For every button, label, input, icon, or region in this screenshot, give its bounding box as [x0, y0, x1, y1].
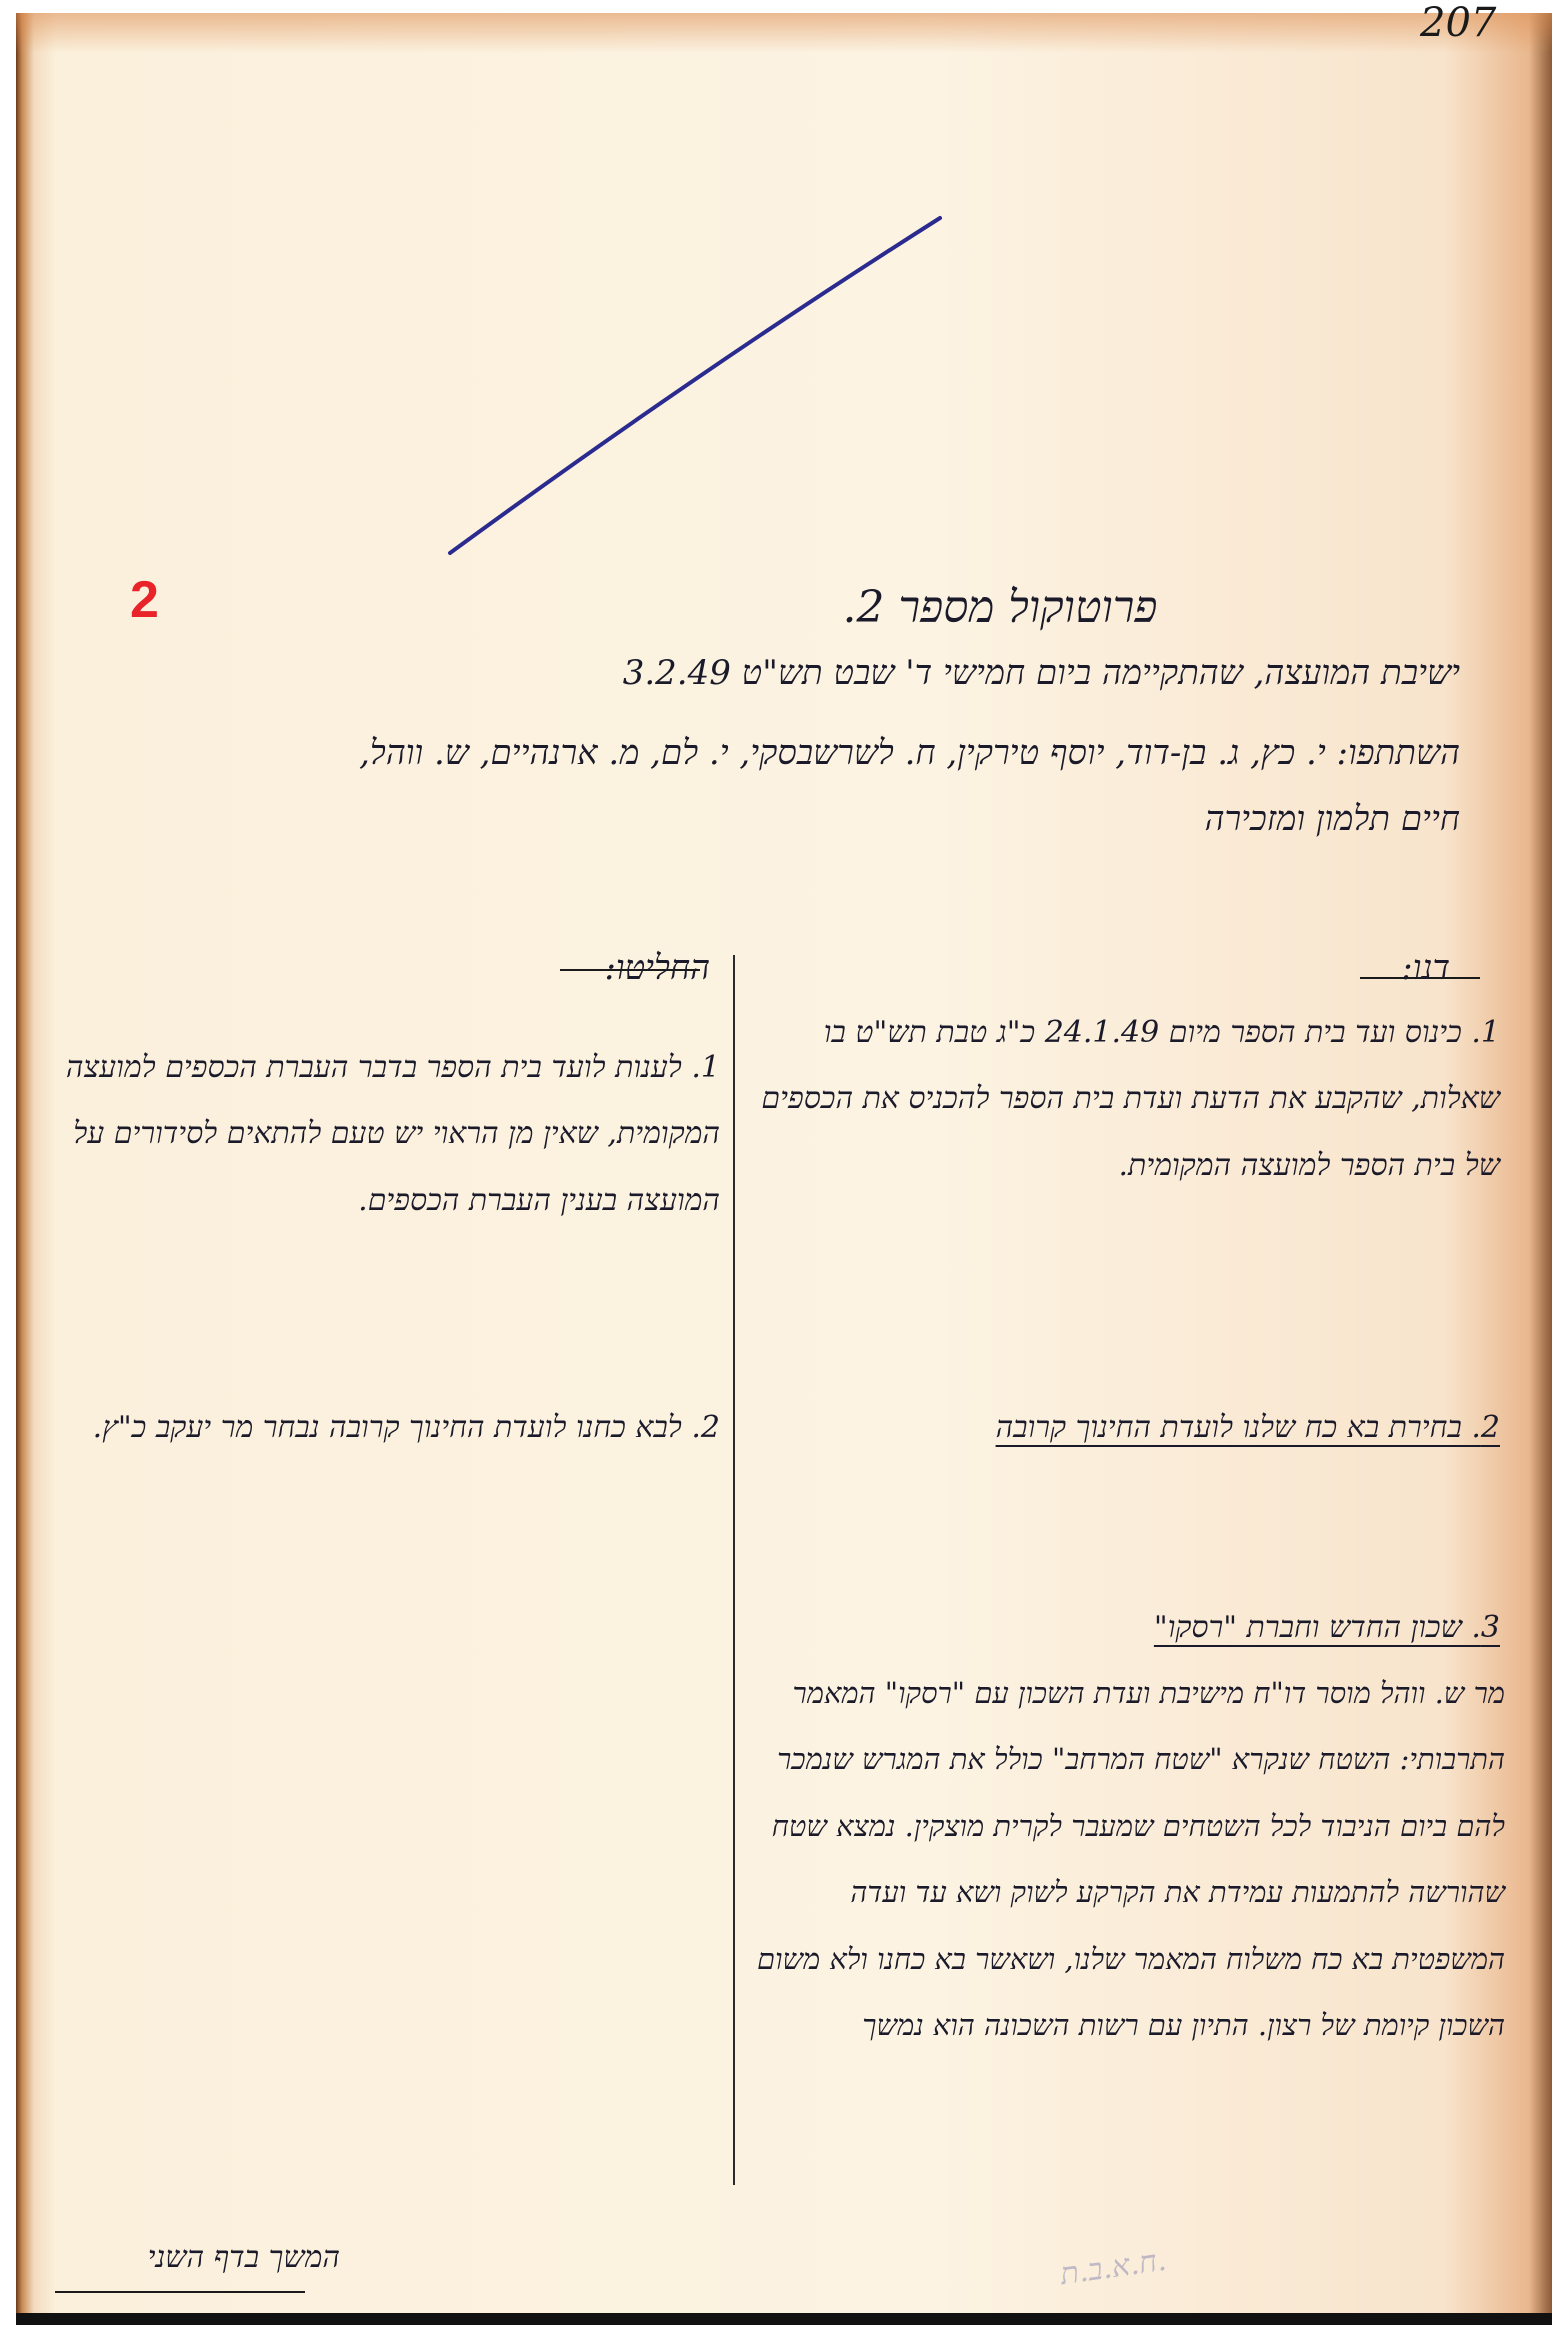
item-1-discussed: 1. כינוס ועד בית הספר מיום 24.1.49 כ"ג ט…	[750, 1000, 1500, 1199]
red-page-marker: 2	[130, 570, 159, 630]
item-3-discussed: מר ש. ווהל מוסר דו"ח מישיבת ועדת השכון ע…	[745, 1660, 1505, 2058]
participants-list-continued: חיים תלמון ומזכירה	[200, 786, 1460, 852]
item-2-decided: 2. לבא כחנו לועדת החינוך קרובה נבחר מר י…	[40, 1395, 720, 1461]
meeting-date-line: ישיבת המועצה, שהתקיימה ביום חמישי ד' שבט…	[300, 640, 1460, 706]
column-divider	[733, 955, 735, 2185]
page-number: 207	[1420, 0, 1496, 46]
decided-header: החליטו:	[500, 935, 710, 1001]
participants-list: השתתפו: י. כץ, ג. בן-דוד, יוסף טירקין, ח…	[80, 720, 1460, 786]
discussed-header: דנו:	[1300, 935, 1450, 1001]
scan-edge	[16, 2313, 1552, 2325]
continued-next-page-note: המשך בדף השני	[40, 2225, 340, 2291]
protocol-title: פרוטוקול מספר 2.	[560, 575, 1440, 641]
item-3-title: 3. שכון החדש וחברת "רסקו"	[900, 1595, 1500, 1661]
item-2-discussed: 2. בחירת בא כח שלנו לועדת החינוך קרובה	[750, 1395, 1500, 1461]
item-1-decided: 1. לענות לועד בית הספר בדבר העברת הכספים…	[40, 1035, 720, 1234]
